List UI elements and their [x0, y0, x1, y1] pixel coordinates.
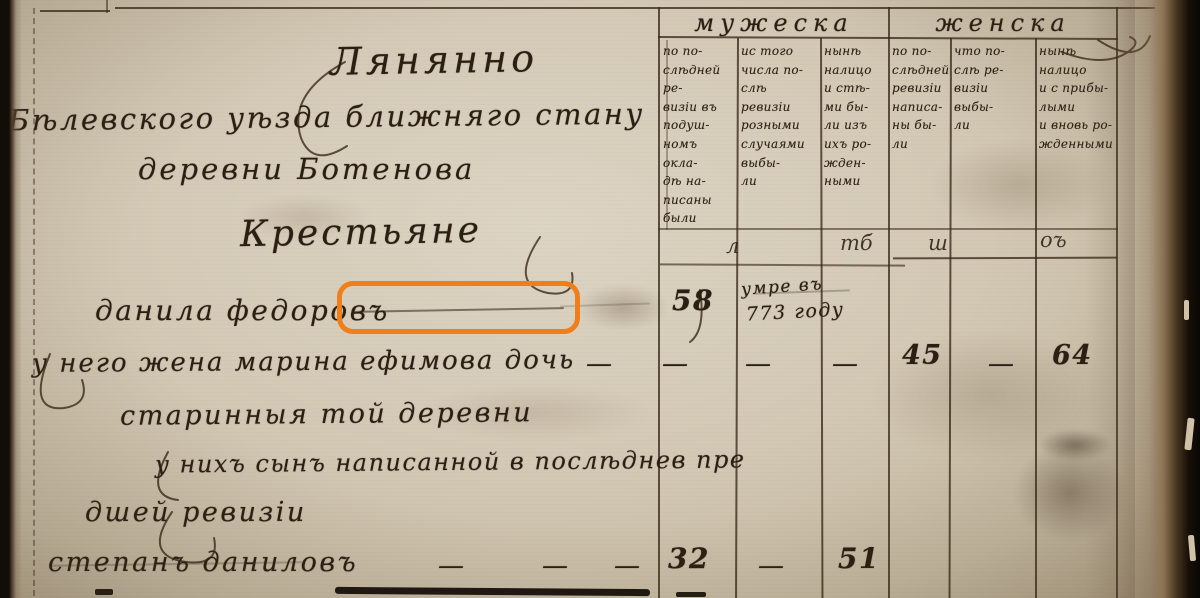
- column-header: по по- слѣдней ревизіи написа- ны бы- ли: [892, 42, 948, 154]
- column-header: что по- слѣ ре- визіи выбы- ли: [954, 42, 1032, 135]
- ink-bleed-smudge: [1015, 445, 1125, 540]
- annotation-highlight-box: [337, 281, 580, 334]
- entry-value: 32: [668, 542, 710, 575]
- entry-value: 58: [672, 284, 714, 317]
- top-rule-tick: [106, 0, 108, 13]
- entry-note: умре въ: [740, 274, 823, 300]
- table-vline: [1035, 38, 1037, 598]
- column-header: нынѣ налицо и с прибы- лыми и вновь ро- …: [1039, 42, 1114, 154]
- village-line: деревни Ботенова: [138, 152, 475, 186]
- entry-value: —: [758, 551, 786, 581]
- entry-name: у него жена марина ефимова дочь: [32, 345, 575, 379]
- female-group-header: женска: [890, 9, 1116, 37]
- entry-value: 64: [1052, 340, 1093, 371]
- column-mark: ш: [928, 231, 948, 255]
- entry-name: у нихъ сынъ написанной в послѣднев пре: [155, 445, 746, 478]
- binding-tear-highlight: [1188, 535, 1196, 561]
- table-vline: [658, 7, 660, 598]
- table-vline: [888, 7, 890, 598]
- table-vline: [949, 38, 952, 598]
- entry-value: 51: [838, 542, 880, 575]
- column-mark: оъ: [1040, 228, 1067, 252]
- entry-name: старинныя той деревни: [120, 397, 533, 432]
- table-vline: [1116, 7, 1118, 598]
- column-header: по по- слѣдней ре- визіи въ подуш- номъ …: [663, 42, 735, 228]
- ink-bleed-smudge: [578, 285, 668, 330]
- ink-bleed-smudge: [1040, 430, 1110, 460]
- table-hline: [660, 263, 905, 266]
- column-header: ис того числа по- слѣ ревизіи розными сл…: [741, 42, 818, 191]
- entry-value: —: [745, 349, 773, 379]
- entry-value: —: [662, 349, 690, 379]
- section-heading: Крестьяне: [240, 210, 483, 255]
- entry-value: —: [542, 551, 570, 581]
- binding-tear-highlight: [1184, 300, 1189, 320]
- entry-value: —: [438, 551, 466, 581]
- cutoff-line-fragment: [95, 589, 113, 595]
- entry-name: дшей ревизіи: [85, 497, 307, 528]
- top-rule: [40, 10, 110, 12]
- column-mark: л: [726, 234, 739, 258]
- entry-value: —: [586, 349, 614, 379]
- page-left-edge: [0, 0, 22, 598]
- entry-value: —: [614, 551, 642, 581]
- uyezd-line: Бѣлевского уѣзда ближняго стану: [8, 97, 645, 138]
- entry-value: —: [988, 349, 1016, 379]
- page-binding-edge: [1118, 0, 1200, 598]
- manuscript-page: Лянянно Бѣлевского уѣзда ближняго стану …: [0, 0, 1200, 598]
- cutoff-line-fragment: [335, 587, 650, 596]
- entry-value: —: [832, 349, 860, 379]
- page-title: Лянянно: [330, 36, 539, 84]
- male-group-header: мужеска: [660, 9, 888, 37]
- table-vline: [735, 38, 739, 598]
- column-mark: тб: [840, 231, 873, 255]
- binding-tear-highlight: [1184, 418, 1194, 451]
- cutoff-line-fragment: [676, 592, 706, 597]
- table-hline: [893, 257, 1117, 260]
- margin-rule: [33, 8, 35, 596]
- entry-value: 45: [902, 340, 943, 371]
- entry-note: 773 году: [745, 298, 844, 325]
- column-header: нынѣ налицо и стѣ- ми бы- ли изъ ихъ ро-…: [824, 42, 886, 191]
